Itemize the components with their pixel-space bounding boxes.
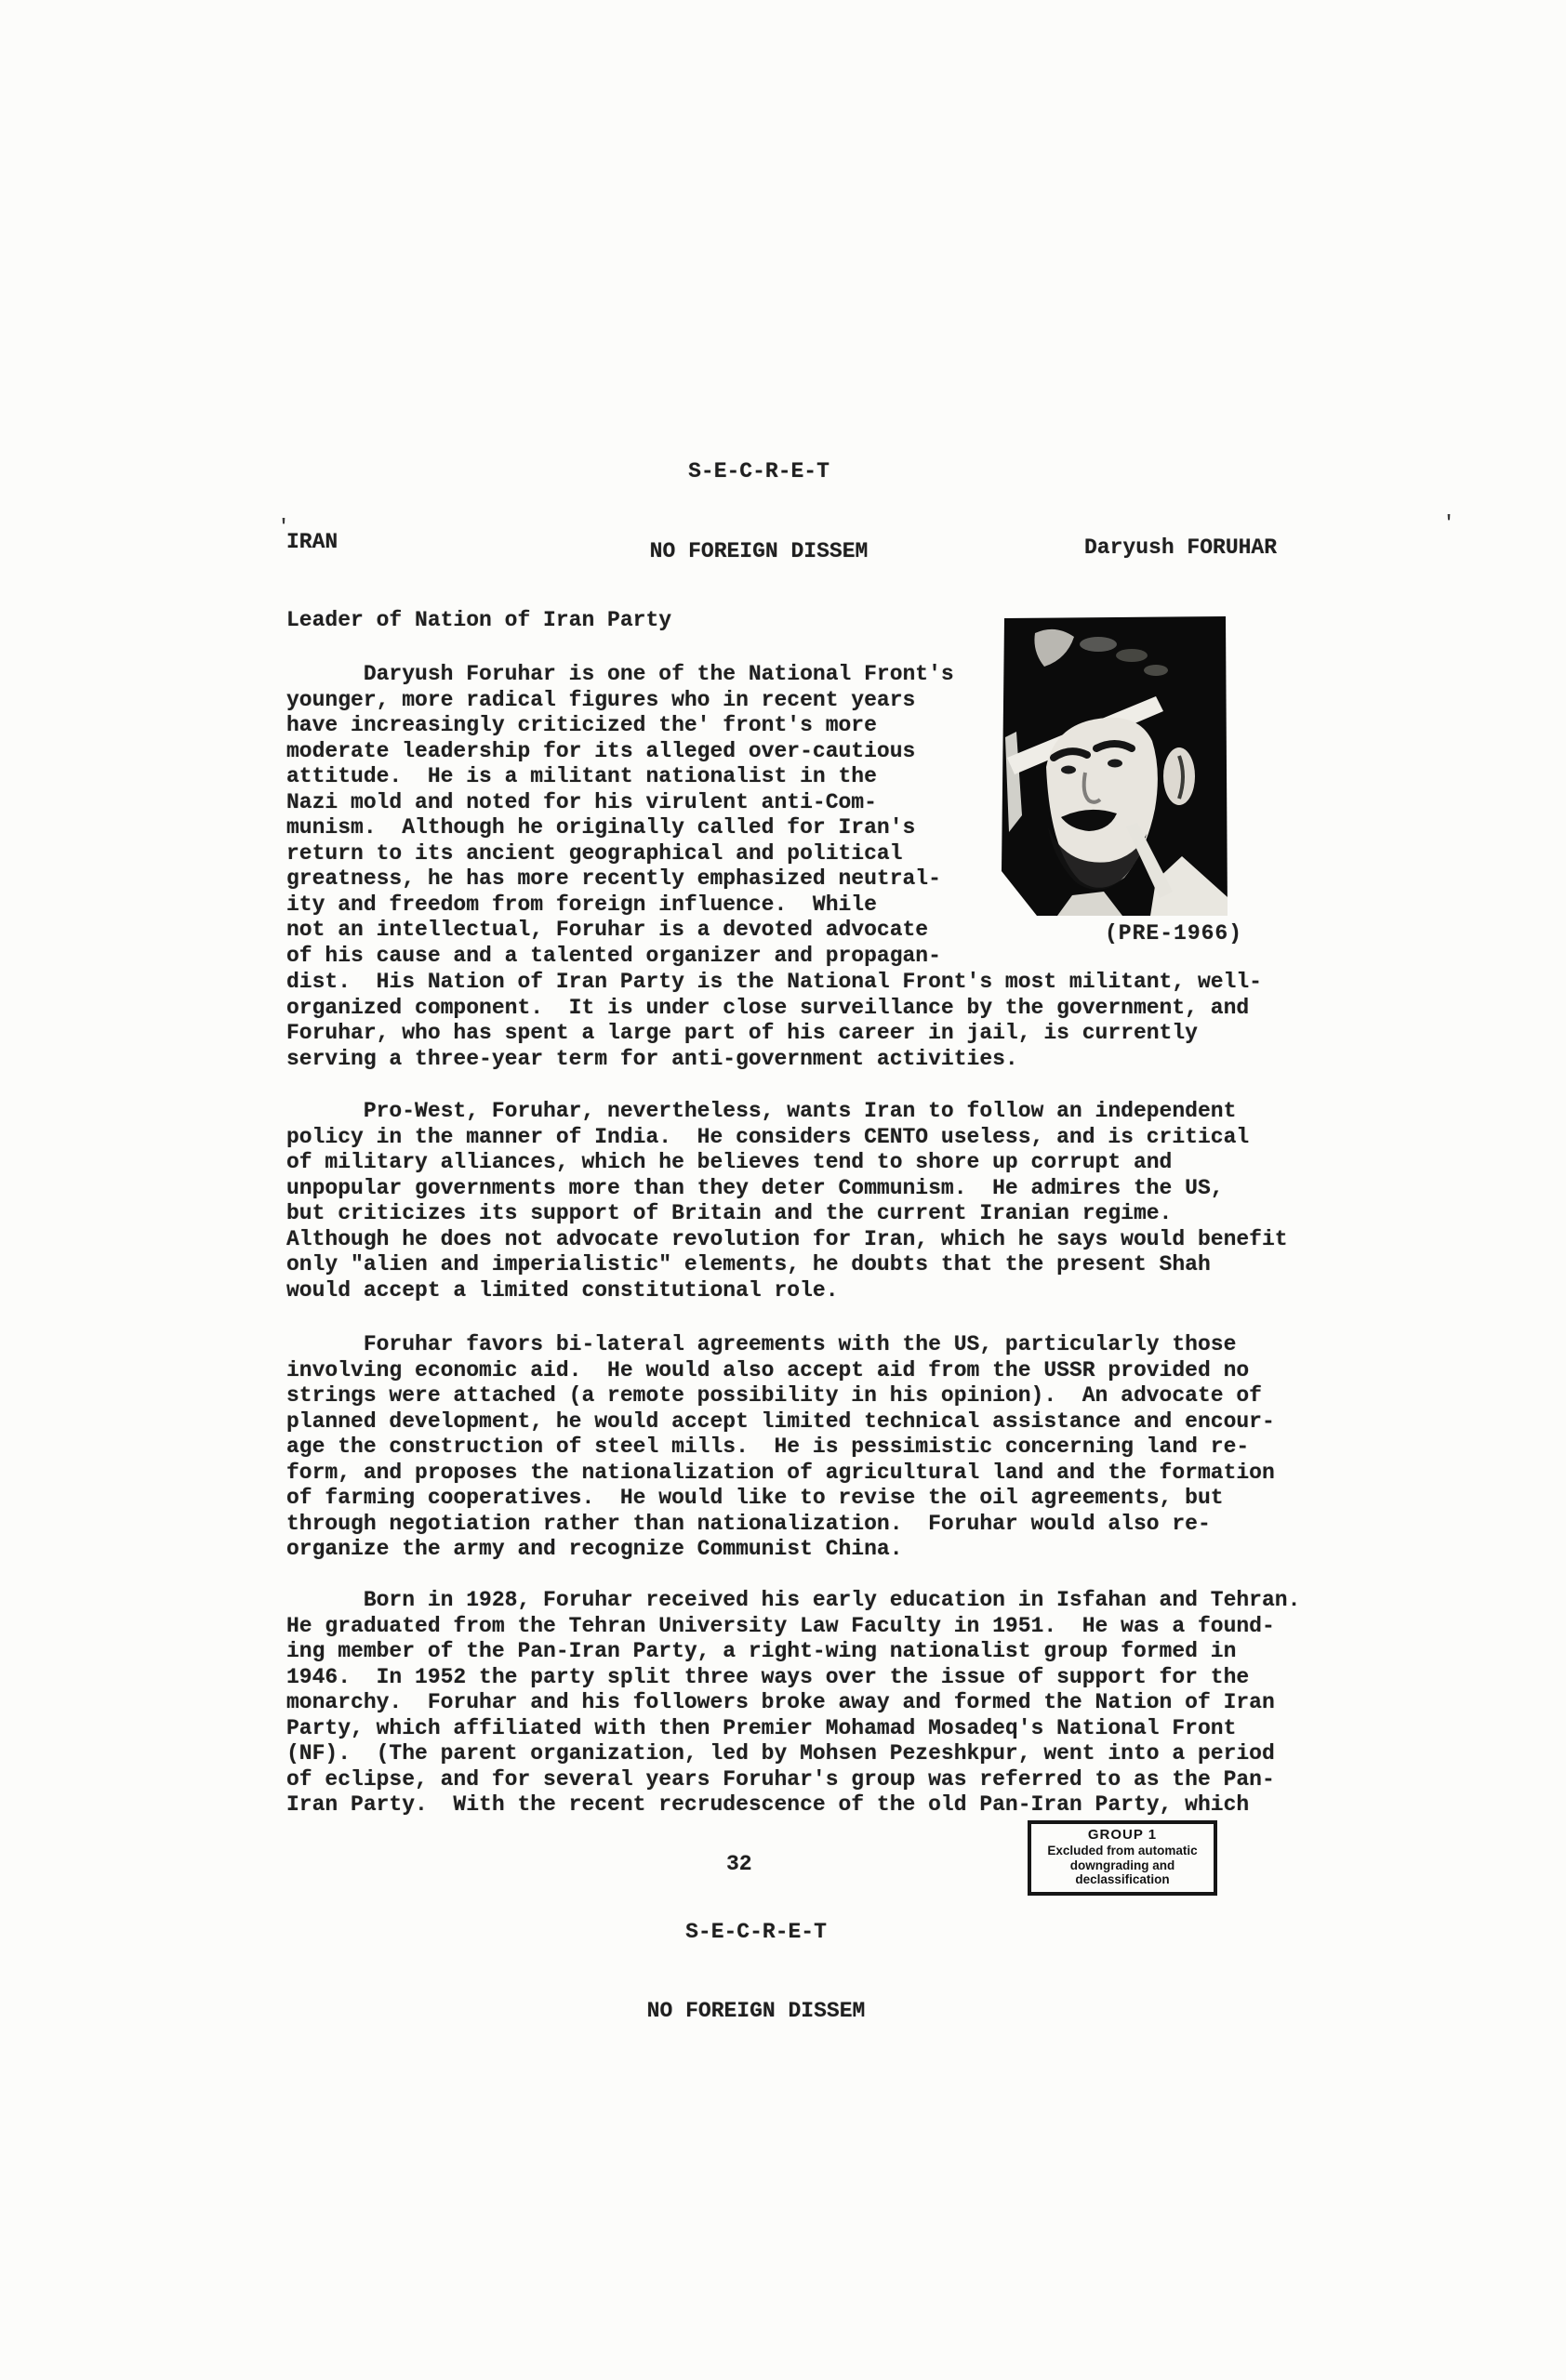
group-declassification-box: GROUP 1 Excluded from automatic downgrad… bbox=[1028, 1820, 1217, 1896]
document-page: S-E-C-R-E-T NO FOREIGN DISSEM ' ' IRAN D… bbox=[0, 0, 1566, 2380]
group-box-line: downgrading and bbox=[1033, 1858, 1212, 1873]
country-label: IRAN bbox=[286, 530, 338, 556]
scan-artifact: ' bbox=[1443, 513, 1454, 535]
group-box-title: GROUP 1 bbox=[1033, 1827, 1212, 1844]
classification-footer: S-E-C-R-E-T NO FOREIGN DISSEM bbox=[647, 1867, 866, 2076]
page-number: 32 bbox=[726, 1852, 752, 1878]
dissem-line: NO FOREIGN DISSEM bbox=[650, 537, 869, 566]
body-paragraph-4: Born in 1928, Foruhar received his early… bbox=[286, 1588, 1300, 1818]
body-paragraph-1-narrow: Daryush Foruhar is one of the National F… bbox=[286, 662, 954, 969]
portrait-photo-image bbox=[1000, 616, 1228, 916]
dissem-line: NO FOREIGN DISSEM bbox=[647, 1997, 866, 2025]
group-box-line: declassification bbox=[1033, 1872, 1212, 1887]
body-paragraph-3: Foruhar favors bi-lateral agreements wit… bbox=[286, 1332, 1275, 1563]
classification-header: S-E-C-R-E-T NO FOREIGN DISSEM bbox=[650, 406, 869, 617]
portrait-photo bbox=[1000, 616, 1228, 916]
body-paragraph-2: Pro-West, Foruhar, nevertheless, wants I… bbox=[286, 1099, 1288, 1303]
photo-caption: (PRE-1966) bbox=[1105, 921, 1242, 947]
subject-name: Daryush FORUHAR bbox=[1084, 535, 1277, 562]
classification-line: S-E-C-R-E-T bbox=[650, 457, 869, 486]
classification-line: S-E-C-R-E-T bbox=[647, 1918, 866, 1946]
report-title: Leader of Nation of Iran Party bbox=[286, 608, 671, 634]
group-box-line: Excluded from automatic bbox=[1033, 1844, 1212, 1858]
body-paragraph-1-full: dist. His Nation of Iran Party is the Na… bbox=[286, 970, 1262, 1072]
